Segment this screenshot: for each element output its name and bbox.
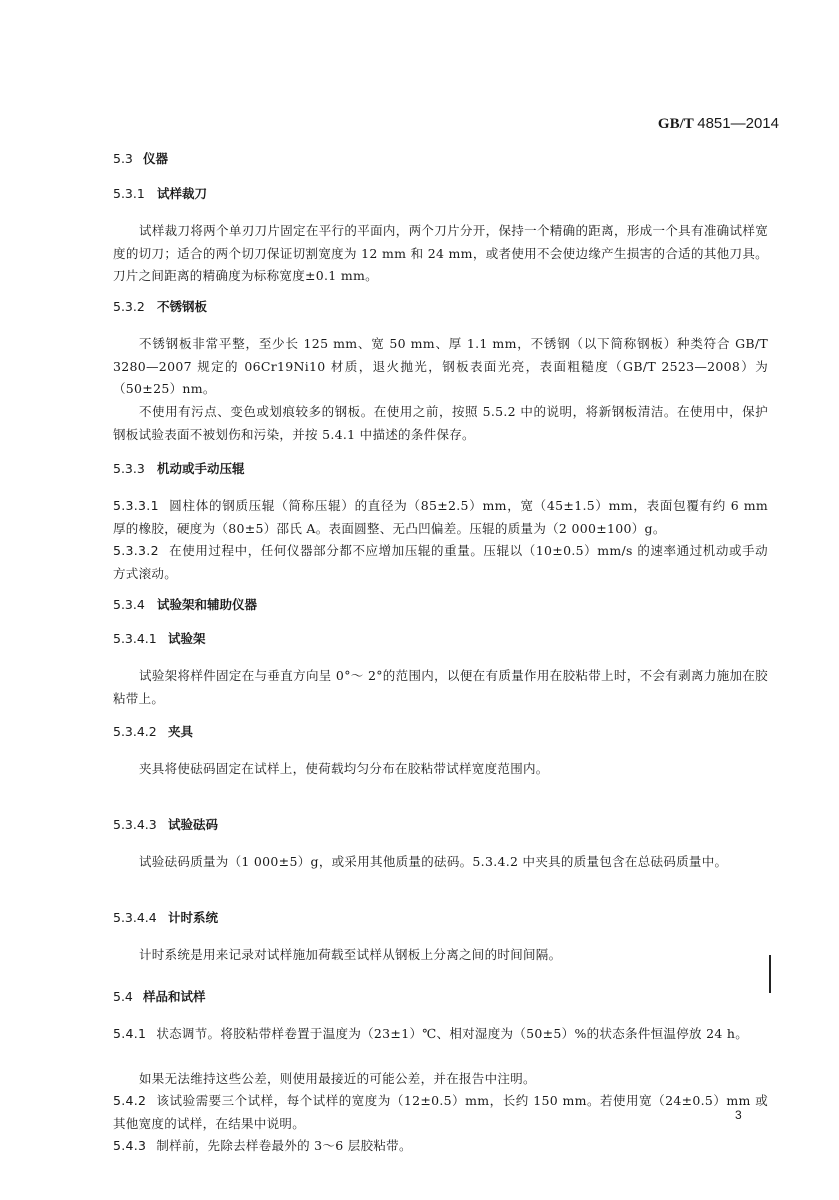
heading-5-3-1: 5.3.1试样裁刀 <box>113 183 207 205</box>
section-title: 样品和试样 <box>143 989 206 1004</box>
clause-5-4-3: 5.4.3制样前，先除去样卷最外的 3～6 层胶粘带。 <box>113 1135 768 1158</box>
section-title: 夹具 <box>168 724 193 739</box>
section-number: 5.3.4.3 <box>113 814 168 836</box>
section-title: 试验架 <box>168 631 206 646</box>
heading-5-3-3: 5.3.3机动或手动压辊 <box>113 458 245 480</box>
section-title: 机动或手动压辊 <box>157 461 245 476</box>
heading-5-3-4-2: 5.3.4.2夹具 <box>113 721 193 743</box>
clause-number: 5.3.3.2 <box>113 540 159 563</box>
revision-change-bar <box>769 955 771 993</box>
clause-text: 状态调节。将胶粘带样卷置于温度为（23±1）℃、相对湿度为（50±5）%的状态条… <box>156 1026 748 1041</box>
heading-5-3-4-3: 5.3.4.3试验砝码 <box>113 814 218 836</box>
section-number: 5.3.3 <box>113 458 157 480</box>
clause-number: 5.3.3.1 <box>113 495 159 518</box>
paragraph: 夹具将使砝码固定在试样上，使荷载均匀分布在胶粘带试样宽度范围内。 <box>113 758 768 781</box>
section-title: 不锈钢板 <box>157 299 207 314</box>
heading-5-4: 5.4样品和试样 <box>113 986 206 1008</box>
section-number: 5.3.4.2 <box>113 721 168 743</box>
heading-5-3-4: 5.3.4试验架和辅助仪器 <box>113 594 257 616</box>
section-title: 仪器 <box>143 151 168 166</box>
std-number: 4851—2014 <box>697 115 779 132</box>
section-number: 5.3.4.1 <box>113 628 168 650</box>
standard-number-header: GB/T 4851—2014 <box>658 115 779 133</box>
clause-5-3-3-1: 5.3.3.1圆柱体的钢质压辊（简称压辊）的直径为（85±2.5）mm，宽（45… <box>113 495 768 540</box>
paragraph: 不锈钢板非常平整，至少长 125 mm、宽 50 mm、厚 1.1 mm，不锈钢… <box>113 333 768 401</box>
page-number: 3 <box>735 1108 742 1122</box>
paragraph: 如果无法维持这些公差，则使用最接近的可能公差，并在报告中注明。 <box>113 1068 768 1091</box>
clause-text: 圆柱体的钢质压辊（简称压辊）的直径为（85±2.5）mm，宽（45±1.5）mm… <box>113 498 768 536</box>
section-number: 5.3.4.4 <box>113 907 168 929</box>
section-number: 5.3.4 <box>113 594 157 616</box>
section-title: 计时系统 <box>168 910 218 925</box>
section-number: 5.3 <box>113 148 143 170</box>
paragraph: 试验架将样件固定在与垂直方向呈 0°～ 2°的范围内，以便在有质量作用在胶粘带上… <box>113 665 768 710</box>
std-prefix: GB/T <box>658 116 697 132</box>
clause-5-4-2: 5.4.2该试验需要三个试样，每个试样的宽度为（12±0.5）mm，长约 150… <box>113 1090 768 1135</box>
section-number: 5.3.1 <box>113 183 157 205</box>
heading-5-3-2: 5.3.2不锈钢板 <box>113 296 207 318</box>
paragraph: 试验砝码质量为（1 000±5）g，或采用其他质量的砝码。5.3.4.2 中夹具… <box>113 851 768 874</box>
section-number: 5.4 <box>113 986 143 1008</box>
heading-5-3-4-4: 5.3.4.4计时系统 <box>113 907 218 929</box>
clause-text: 该试验需要三个试样，每个试样的宽度为（12±0.5）mm，长约 150 mm。若… <box>113 1093 768 1131</box>
section-title: 试验砝码 <box>168 817 218 832</box>
paragraph: 计时系统是用来记录对试样施加荷载至试样从钢板上分离之间的时间间隔。 <box>113 944 768 967</box>
clause-5-4-1: 5.4.1状态调节。将胶粘带样卷置于温度为（23±1）℃、相对湿度为（50±5）… <box>113 1023 768 1046</box>
clause-text: 制样前，先除去样卷最外的 3～6 层胶粘带。 <box>156 1138 411 1153</box>
section-title: 试验架和辅助仪器 <box>157 597 257 612</box>
section-title: 试样裁刀 <box>157 186 207 201</box>
paragraph: 不使用有污点、变色或划痕较多的钢板。在使用之前，按照 5.5.2 中的说明，将新… <box>113 401 768 446</box>
clause-number: 5.4.2 <box>113 1090 146 1113</box>
clause-number: 5.4.1 <box>113 1023 146 1046</box>
clause-5-3-3-2: 5.3.3.2在使用过程中，任何仪器部分都不应增加压辊的重量。压辊以（10±0.… <box>113 540 768 585</box>
clause-number: 5.4.3 <box>113 1135 146 1158</box>
heading-5-3-4-1: 5.3.4.1试验架 <box>113 628 206 650</box>
section-number: 5.3.2 <box>113 296 157 318</box>
heading-5-3: 5.3仪器 <box>113 148 168 170</box>
clause-text: 在使用过程中，任何仪器部分都不应增加压辊的重量。压辊以（10±0.5）mm/s … <box>113 543 768 581</box>
paragraph: 试样裁刀将两个单刃刀片固定在平行的平面内，两个刀片分开，保持一个精确的距离，形成… <box>113 220 768 288</box>
